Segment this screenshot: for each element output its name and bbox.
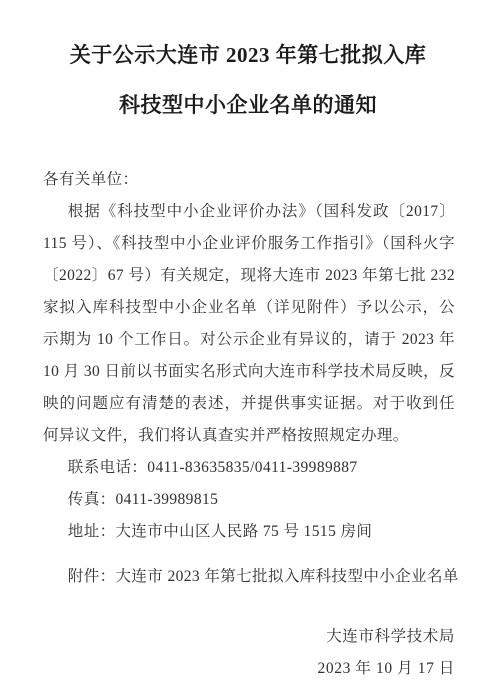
contact-phone-line: 联系电话：0411-83635835/0411-39989887	[43, 452, 455, 484]
attachment-line: 附件：大连市 2023 年第七批拟入库科技型中小企业名单	[43, 561, 455, 593]
body-paragraph: 根据《科技型中小企业评价办法》（国科发政〔2017〕115 号）、《科技型中小企…	[43, 196, 455, 452]
address-line: 地址：大连市中山区人民路 75 号 1515 房间	[43, 516, 455, 548]
signature-block: 大连市科学技术局 2023 年 10 月 17 日	[43, 621, 455, 684]
document-title: 关于公示大连市 2023 年第七批拟入库 科技型中小企业名单的通知	[0, 0, 496, 130]
document-body: 各有关单位： 根据《科技型中小企业评价办法》（国科发政〔2017〕115 号）、…	[43, 164, 455, 593]
notice-document-page: 关于公示大连市 2023 年第七批拟入库 科技型中小企业名单的通知 各有关单位：…	[0, 0, 496, 684]
issuer-name: 大连市科学技术局	[43, 621, 455, 653]
issue-date: 2023 年 10 月 17 日	[43, 653, 455, 684]
salutation: 各有关单位：	[43, 164, 455, 196]
document-title-line-1: 关于公示大连市 2023 年第七批拟入库	[70, 43, 427, 67]
document-title-line-2: 科技型中小企业名单的通知	[119, 93, 377, 117]
fax-line: 传真：0411-39989815	[43, 484, 455, 516]
